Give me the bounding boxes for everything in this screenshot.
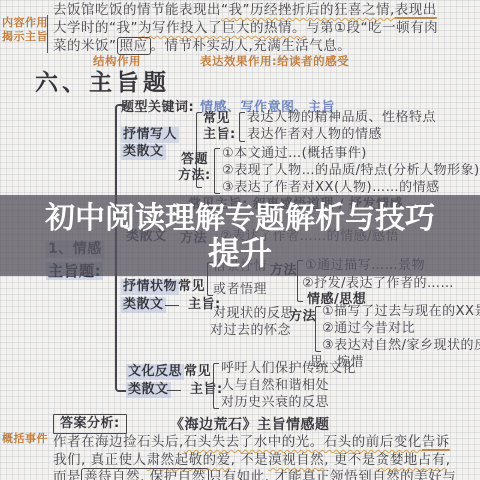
branch3-name-line2: 类散文 xyxy=(121,297,166,313)
margin-divider-line xyxy=(47,15,48,53)
branch5-name-line1: 文化反思 xyxy=(126,364,184,380)
ans-line2-mid: , 不是 xyxy=(231,452,269,468)
banner-title-line1: 初中阅读理解专题解析与技巧 xyxy=(45,201,435,237)
branch5-item2: 人与自然和谐相处 xyxy=(221,378,329,394)
label-structure-role: 结构作用 xyxy=(93,55,141,69)
branch1-sub1-label1: 常见 xyxy=(203,111,230,127)
branch5-bracket xyxy=(213,363,219,409)
branch1-sub2-bracket xyxy=(214,148,220,194)
margin-note-summarize-event: 概括事件 xyxy=(2,432,48,445)
line2-end: 与第①段“吃一顿有肉 xyxy=(306,20,438,36)
banner-title-line2: 提升 xyxy=(208,237,272,271)
branch3-sub-label1: 常见 xyxy=(178,279,205,295)
branch5-dash xyxy=(167,390,181,391)
line1-end: 表现出 xyxy=(395,2,437,18)
margin-note-reveal-theme: 揭示主旨 xyxy=(2,30,48,43)
branch1-name-line2: 类散文 xyxy=(121,144,166,160)
ans-line3-boxed: 善待自然, 保护自然 xyxy=(81,468,209,480)
line1-pre: 去饭馆吃饭的情节能表现出 xyxy=(53,2,221,18)
line1-wavy: “我”历经挫折后的狂喜之情, xyxy=(221,2,395,18)
branch4-item3: ③表达对自然/家乡现状的反 xyxy=(322,338,480,354)
ans-line1-pre: 作者在海边捡石头后, xyxy=(53,434,184,450)
ans-line2-wavy3: 贪婪地占有 xyxy=(376,452,446,468)
branch3-name-line1: 抒情状物 xyxy=(121,279,179,295)
branch4-theme1: 对现状的反思 xyxy=(213,306,294,322)
ans-line3-post: 只有如此, 才能真正领悟到自然的美好与 xyxy=(209,469,457,480)
branch1-sub2-label2: 方法: xyxy=(178,168,211,184)
branch4-bracket xyxy=(315,306,321,352)
branch5-item1: 呼吁人们保护传统文化 xyxy=(221,361,356,377)
branch1-name-line1: 抒情写人 xyxy=(121,127,179,143)
branch5-sub-label1: 常见 xyxy=(184,364,211,380)
answer-analysis-label: 答案分析: xyxy=(53,414,127,434)
branch4-theme2: 对过去的怀念 xyxy=(210,323,291,339)
ans-line2-pre: 我们, 真正使人 xyxy=(53,452,147,468)
top-paragraph-line2: 大学时的“我”为写作投入了巨大的热情。与第①段“吃一顿有肉 xyxy=(53,20,438,36)
echo-boxed-term: 照应 xyxy=(117,37,151,55)
margin-note-content-role: 内容作用 xyxy=(2,16,48,29)
ans-line2-end: , xyxy=(446,452,451,468)
line2-wavy: 为写作投入了巨大的热情。 xyxy=(138,20,306,36)
branch3-dash xyxy=(165,305,179,306)
line2-pre: 大学时的“我” xyxy=(53,20,138,36)
branch1-sub1-item2: 表达作者对人物的情感 xyxy=(247,127,382,143)
branch4-item1: ①描写了过去与现在的XX景物 xyxy=(322,304,480,320)
answer-paragraph-line2: 我们, 真正使人肃然起敬的爱, 不是漠视自然, 更不是贪婪地占有, xyxy=(53,452,451,468)
branch4-method-label: 方法 xyxy=(289,309,316,325)
branch3-item2: ②抒发/表达了作者的…… xyxy=(302,276,454,292)
line3-pre: 菜的米饭” xyxy=(53,38,117,54)
branch4-item2: ②通过今昔对比 xyxy=(322,321,415,337)
answer-paragraph-line3: 而是善待自然, 保护自然只有如此, 才能真正领悟到自然的美好与 xyxy=(53,469,456,480)
branch1-sub2-item1: ①本文通过…(概括事件) xyxy=(222,146,367,162)
ans-line1-end: 告诉 xyxy=(422,434,450,450)
title-banner: 初中阅读理解专题解析与技巧 提升 xyxy=(0,195,480,276)
line3-post: 。情节朴实动人,充满生活气息。 xyxy=(151,38,352,54)
top-paragraph-line1: 去饭馆吃饭的情节能表现出“我”历经挫折后的狂喜之情,表现出 xyxy=(53,2,437,18)
answer-paragraph-line1: 作者在海边捡石头后,石头失去了水中的光。石头的前后变化告诉 xyxy=(53,434,450,450)
ans-line1-wavy: 石头失去了水中的光。石头的前后变化 xyxy=(184,434,422,450)
label-effect-role: 表达效果作用:给读者的感受 xyxy=(200,55,349,69)
notes-page: 内容作用 揭示主旨 去饭馆吃饭的情节能表现出“我”历经挫折后的狂喜之情,表现出 … xyxy=(0,0,480,480)
ans-line2-wavy1: 肃然起敬的爱 xyxy=(147,452,231,468)
answer-title: 《海边荒石》主旨情感题 xyxy=(170,417,330,434)
branch1-sub1-item1: 表达人物的精神品质、性格特点 xyxy=(247,110,436,126)
branch3-theme2: 或者悟理 xyxy=(213,282,267,298)
ans-line2-mid2: , 更不是 xyxy=(324,452,376,468)
branch5-item3: 对历史兴衰的反思 xyxy=(221,395,329,411)
branch5-name-line2: 类散文 xyxy=(126,382,171,398)
branch1-sub1-label2: 主旨: xyxy=(203,127,236,143)
section-heading: 六、主旨题 xyxy=(35,70,170,98)
keyword-label: 题型关键词: xyxy=(121,100,194,116)
ans-line3-pre: 而是 xyxy=(53,469,81,480)
branch1-sub2-item2: ②表现了人物…的品质/特点(分析人物形象) xyxy=(222,163,480,179)
ans-line2-wavy2: 漠视自然 xyxy=(268,452,324,468)
branch1-sub1-bracket xyxy=(239,112,245,142)
branch1-sub2-label1: 答题 xyxy=(181,152,208,168)
branch1-sub2-item3: ③表达了作者对XX(人物)……的情感 xyxy=(222,180,440,196)
top-paragraph-line3: 菜的米饭”照应。情节朴实动人,充满生活气息。 xyxy=(53,38,351,54)
